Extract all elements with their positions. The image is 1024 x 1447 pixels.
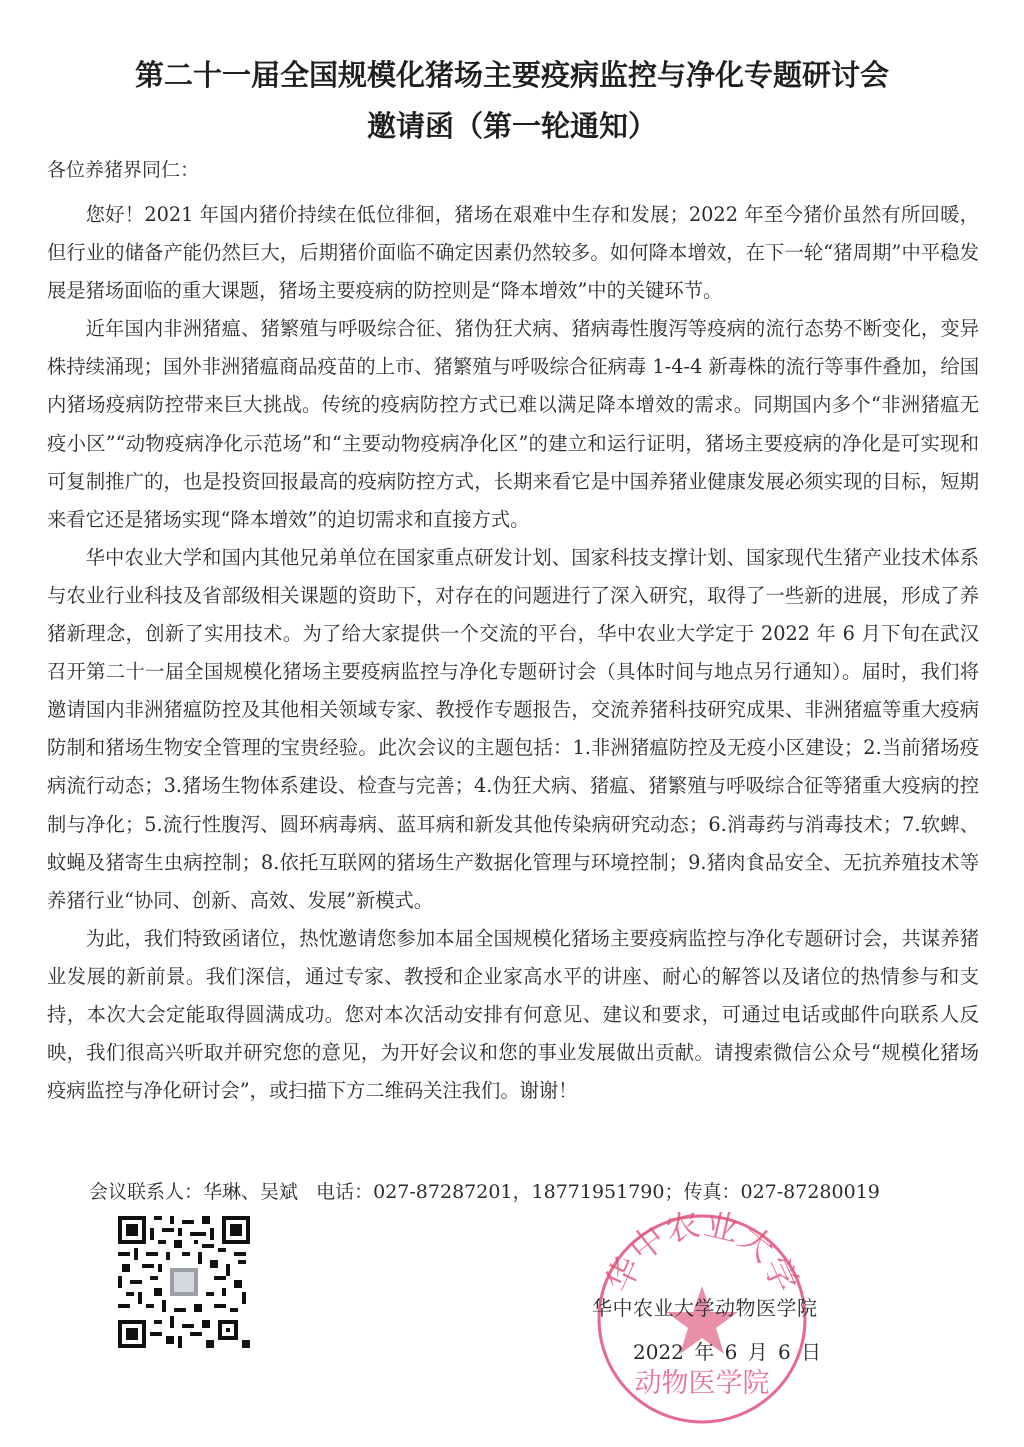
signature-date: 2022 年 6 月 6 日 <box>633 1336 821 1365</box>
seal-inner-text: 动物医学院 <box>635 1368 770 1399</box>
letter-body: 您好！2021 年国内猪价持续在低位徘徊，猪场在艰难中生存和发展；2022 年至… <box>47 196 979 1110</box>
document-title: 第二十一届全国规模化猪场主要疫病监控与净化专题研讨会 <box>0 53 1024 94</box>
paragraph-invitation: 为此，我们特致函诸位，热忱邀请您参加本届全国规模化猪场主要疫病监控与净化专题研讨… <box>47 920 979 1110</box>
paragraph-meeting-topics: 华中农业大学和国内其他兄弟单位在国家重点研发计划、国家科技支撑计划、国家现代生猪… <box>47 539 979 920</box>
signature-organization: 华中农业大学动物医学院 <box>592 1292 818 1321</box>
paragraph-intro: 您好！2021 年国内猪价持续在低位徘徊，猪场在艰难中生存和发展；2022 年至… <box>47 196 979 310</box>
salutation: 各位养猪界同仁： <box>47 155 199 182</box>
qr-code-image <box>118 1216 250 1348</box>
document-subtitle: 邀请函（第一轮通知） <box>0 104 1024 145</box>
svg-text:华中农业大学: 华中农业大学 <box>599 1212 806 1299</box>
contact-line: 会议联系人：华琳、吴斌 电话：027-87287201，18771951790；… <box>89 1177 880 1204</box>
paragraph-background: 近年国内非洲猪瘟、猪繁殖与呼吸综合征、猪伪狂犬病、猪病毒性腹泻等疫病的流行态势不… <box>47 310 979 539</box>
seal-outer-text: 华中农业大学 <box>599 1212 806 1299</box>
